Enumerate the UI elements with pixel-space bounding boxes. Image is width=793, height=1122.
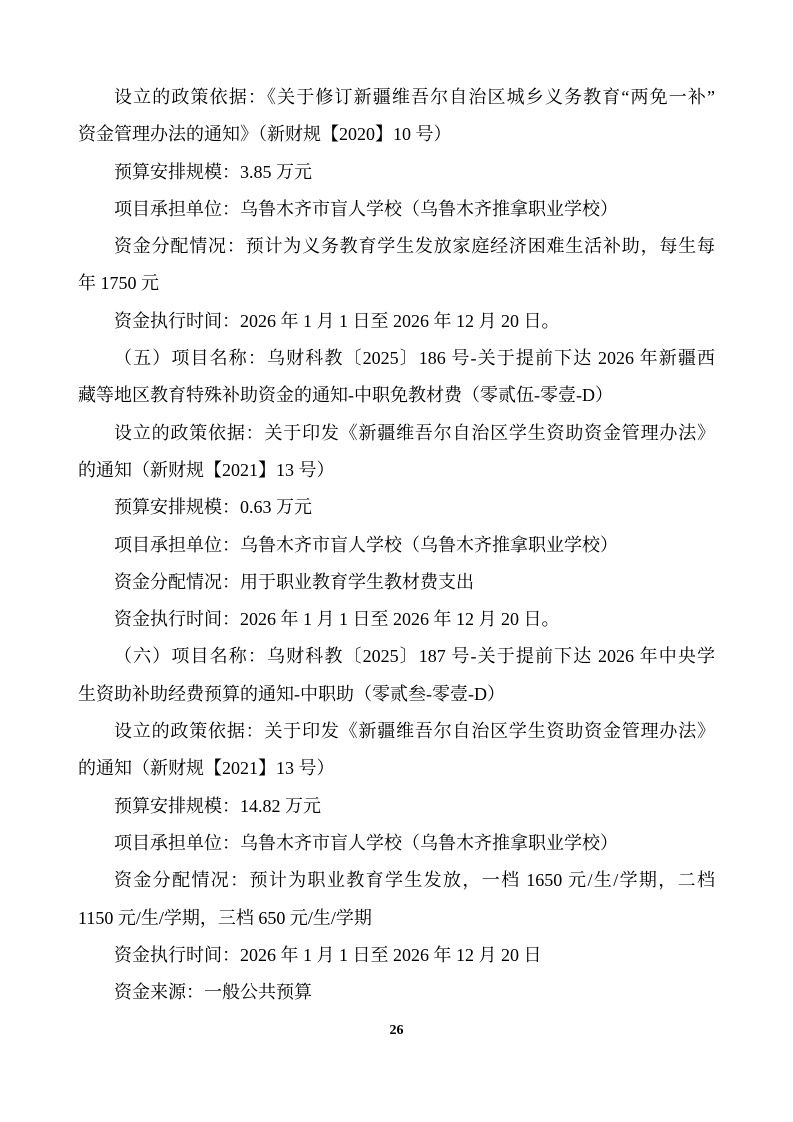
text-line: 资金执行时间：2026 年 1 月 1 日至 2026 年 12 月 20 日: [78, 937, 715, 974]
text-line: 资金执行时间：2026 年 1 月 1 日至 2026 年 12 月 20 日。: [78, 303, 715, 340]
document-page: 设立的政策依据：《关于修订新疆维吾尔自治区城乡义务教育“两免一补”资金管理办法的…: [0, 0, 793, 1122]
text-line: 的通知（新财规【2021】13 号）: [78, 452, 715, 489]
text-line: （六）项目名称：乌财科教〔2025〕187 号-关于提前下达 2026 年中央学: [78, 638, 715, 675]
text-line: 1150 元/生/学期，三档 650 元/生/学期: [78, 900, 715, 937]
text-line: 生资助补助经费预算的通知-中职助（零贰叁-零壹-D）: [78, 676, 715, 713]
text-line: 资金分配情况：用于职业教育学生教材费支出: [78, 564, 715, 601]
text-line: 设立的政策依据：关于印发《新疆维吾尔自治区学生资助资金管理办法》: [78, 713, 715, 750]
text-line: 资金分配情况：预计为义务教育学生发放家庭经济困难生活补助，每生每: [78, 228, 715, 265]
text-line: （五）项目名称：乌财科教〔2025〕186 号-关于提前下达 2026 年新疆西: [78, 340, 715, 377]
text-line: 预算安排规模：14.82 万元: [78, 788, 715, 825]
text-line: 资金管理办法的通知》（新财规【2020】10 号）: [78, 116, 715, 153]
text-line: 资金执行时间：2026 年 1 月 1 日至 2026 年 12 月 20 日。: [78, 601, 715, 638]
document-content: 设立的政策依据：《关于修订新疆维吾尔自治区城乡义务教育“两免一补”资金管理办法的…: [78, 79, 715, 1011]
text-line: 藏等地区教育特殊补助资金的通知-中职免教材费（零贰伍-零壹-D）: [78, 377, 715, 414]
page-number: 26: [390, 1023, 404, 1038]
text-line: 设立的政策依据：《关于修订新疆维吾尔自治区城乡义务教育“两免一补”: [78, 79, 715, 116]
text-line: 项目承担单位：乌鲁木齐市盲人学校（乌鲁木齐推拿职业学校）: [78, 191, 715, 228]
text-line: 项目承担单位：乌鲁木齐市盲人学校（乌鲁木齐推拿职业学校）: [78, 527, 715, 564]
text-line: 项目承担单位：乌鲁木齐市盲人学校（乌鲁木齐推拿职业学校）: [78, 825, 715, 862]
text-line: 年 1750 元: [78, 265, 715, 302]
text-line: 资金来源：一般公共预算: [78, 974, 715, 1011]
text-line: 资金分配情况：预计为职业教育学生发放，一档 1650 元/生/学期，二档: [78, 862, 715, 899]
page-footer: 26: [0, 1021, 793, 1039]
text-line: 预算安排规模：0.63 万元: [78, 489, 715, 526]
text-line: 预算安排规模：3.85 万元: [78, 154, 715, 191]
text-line: 设立的政策依据：关于印发《新疆维吾尔自治区学生资助资金管理办法》: [78, 415, 715, 452]
text-line: 的通知（新财规【2021】13 号）: [78, 750, 715, 787]
